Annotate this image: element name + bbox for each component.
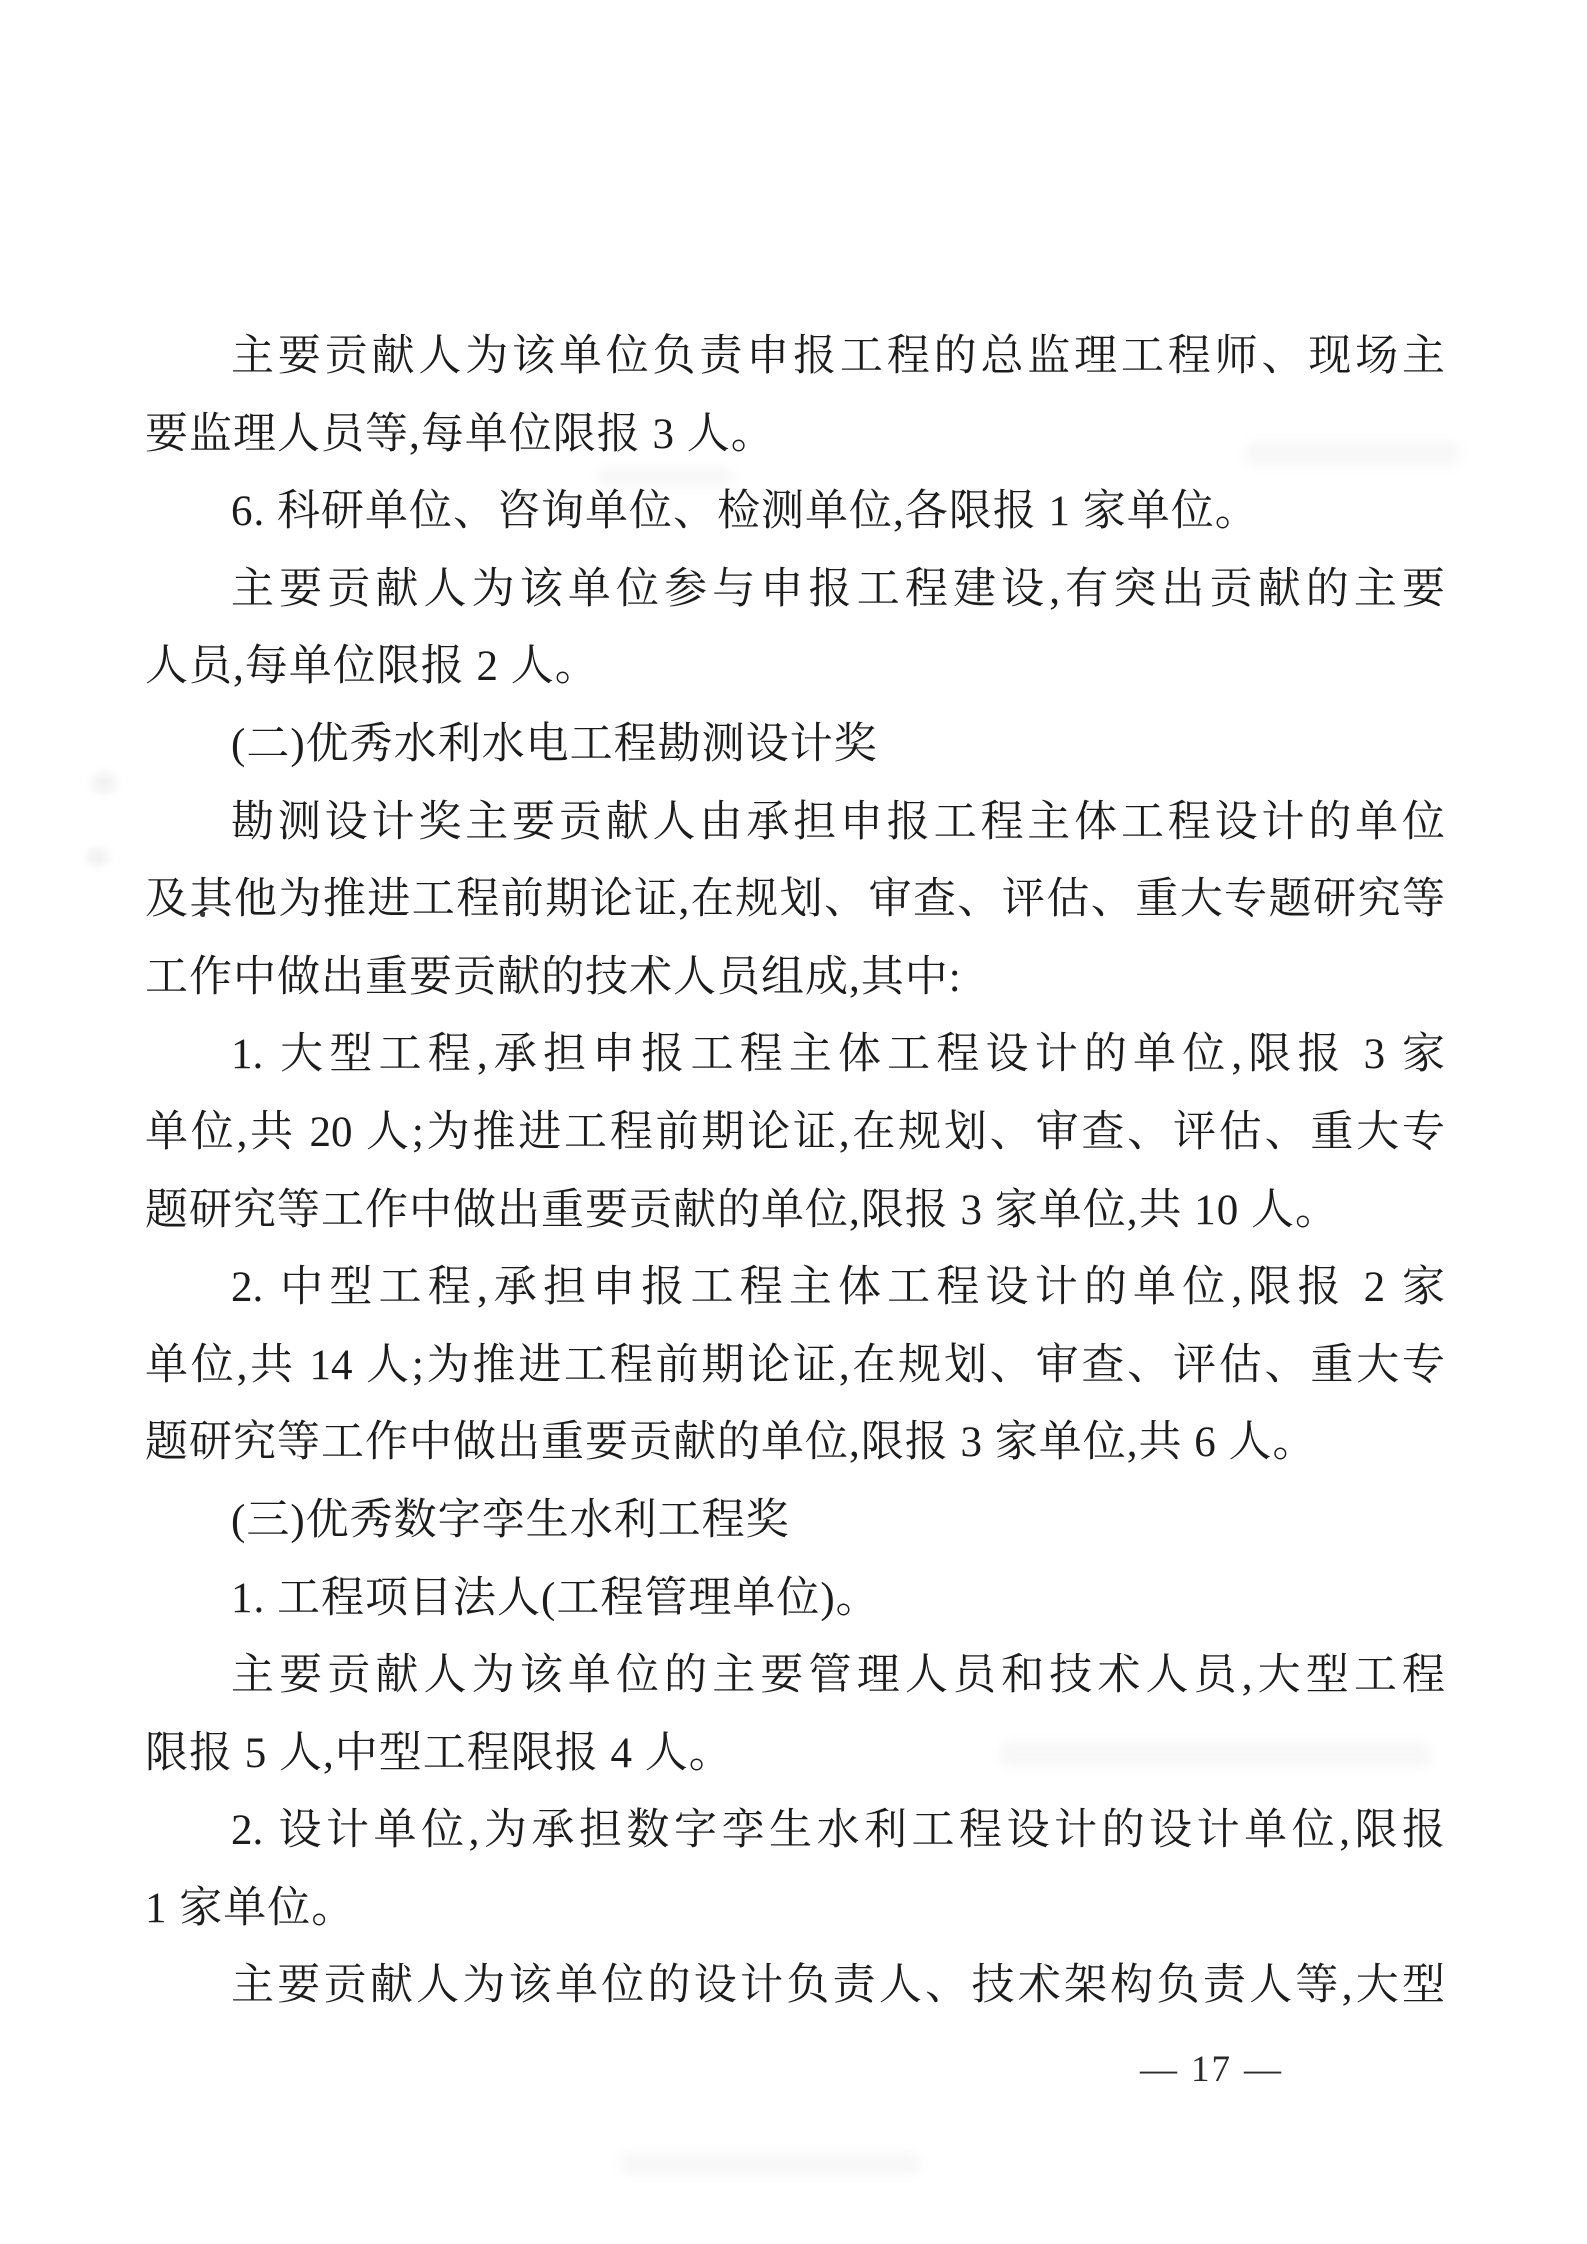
- scan-smudge-artifact: [82, 844, 114, 870]
- scan-bleedthrough-artifact: [1245, 442, 1460, 466]
- section-heading-3: (三)优秀数字孪生水利工程奖: [145, 1482, 1445, 1560]
- paragraph-line: 勘测设计奖主要贡献人由承担申报工程主体工程设计的单位: [145, 784, 1445, 862]
- list-item-1-legal: 1. 工程项目法人(工程管理单位)。: [145, 1560, 1445, 1638]
- scan-bleedthrough-artifact: [598, 468, 733, 486]
- paragraph-line: 单位,共 14 人;为推进工程前期论证,在规划、审查、评估、重大专: [145, 1327, 1445, 1405]
- scan-bleedthrough-artifact: [1000, 1742, 1430, 1768]
- document-page: 主要贡献人为该单位负责申报工程的总监理工程师、现场主 要监理人员等,每单位限报 …: [0, 0, 1587, 2244]
- scan-smudge-artifact: [86, 768, 122, 798]
- paragraph-line: 主要贡献人为该单位参与申报工程建设,有突出贡献的主要: [145, 551, 1445, 629]
- list-item-6: 6. 科研单位、咨询单位、检测单位,各限报 1 家单位。: [145, 473, 1445, 551]
- document-body: 主要贡献人为该单位负责申报工程的总监理工程师、现场主 要监理人员等,每单位限报 …: [145, 318, 1445, 2025]
- paragraph-line: 题研究等工作中做出重要贡献的单位,限报 3 家单位,共 10 人。: [145, 1172, 1445, 1250]
- scan-bleedthrough-artifact: [620, 2152, 920, 2174]
- paragraph-line: 题研究等工作中做出重要贡献的单位,限报 3 家单位,共 6 人。: [145, 1404, 1445, 1482]
- list-item-2-design: 2. 设计单位,为承担数字孪生水利工程设计的设计单位,限报: [145, 1792, 1445, 1870]
- list-item-1-large: 1. 大型工程,承担申报工程主体工程设计的单位,限报 3 家: [145, 1016, 1445, 1094]
- paragraph-line: 工作中做出重要贡献的技术人员组成,其中:: [145, 939, 1445, 1017]
- paragraph-line: 主要贡献人为该单位的主要管理人员和技术人员,大型工程: [145, 1637, 1445, 1715]
- list-item-2-medium: 2. 中型工程,承担申报工程主体工程设计的单位,限报 2 家: [145, 1249, 1445, 1327]
- paragraph-line: 单位,共 20 人;为推进工程前期论证,在规划、审查、评估、重大专: [145, 1094, 1445, 1172]
- paragraph-line: 及其他为推进工程前期论证,在规划、审查、评估、重大专题研究等: [145, 861, 1445, 939]
- paragraph-line: 主要贡献人为该单位的设计负责人、技术架构负责人等,大型: [145, 1947, 1445, 2025]
- scan-speck-artifact: [200, 912, 205, 917]
- paragraph-line: 1 家单位。: [145, 1870, 1445, 1948]
- paragraph-line: 主要贡献人为该单位负责申报工程的总监理工程师、现场主: [145, 318, 1445, 396]
- footer-dash-left: —: [1140, 2049, 1179, 2090]
- page-number: 17: [1179, 2049, 1244, 2090]
- paragraph-line: 人员,每单位限报 2 人。: [145, 628, 1445, 706]
- page-footer: —17—: [1140, 2046, 1340, 2094]
- section-heading-2: (二)优秀水利水电工程勘测设计奖: [145, 706, 1445, 784]
- footer-dash-right: —: [1244, 2049, 1283, 2090]
